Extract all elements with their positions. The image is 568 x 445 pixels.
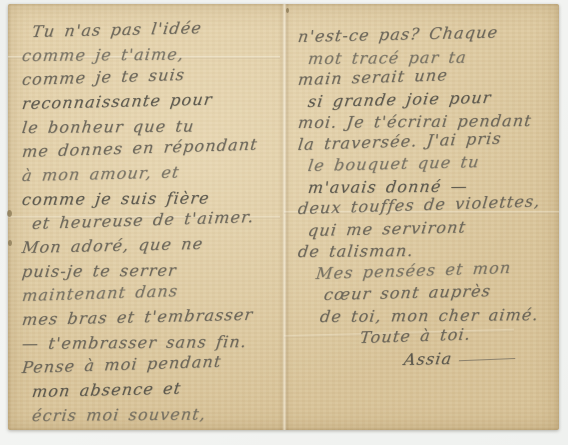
letter-line: mon absence et (30, 374, 286, 404)
signature: Assia (403, 348, 454, 368)
right-page-text: n'est-ce pas? Chaque mot tracé par ta ma… (298, 26, 556, 370)
letter-line: le bouquet que tu (307, 149, 559, 176)
letter-line: cœur sont auprès (323, 279, 559, 306)
signature-line: Assia (403, 345, 558, 370)
letter-line: Mon adoré, que ne (20, 230, 286, 260)
letter-line: Tu n'as pas l'idée (30, 14, 286, 44)
letter-line: écris moi souvent, (31, 402, 286, 428)
paper-blemish (7, 210, 12, 217)
letter-line: à mon amour, et (20, 158, 286, 188)
paper-blemish (286, 8, 289, 13)
letter-paper: Tu n'as pas l'idée comme je t'aime, comm… (8, 4, 559, 430)
letter-line: reconnaissante pour (20, 86, 286, 116)
scanned-letter: Tu n'as pas l'idée comme je t'aime, comm… (0, 0, 568, 445)
left-page-text: Tu n'as pas l'idée comme je t'aime, comm… (22, 20, 284, 428)
letter-line: mes bras et t'embrasser (20, 302, 286, 332)
signature-flourish (459, 355, 516, 360)
letter-line: n'est-ce pas? Chaque (297, 20, 559, 47)
paper-blemish (8, 240, 12, 246)
